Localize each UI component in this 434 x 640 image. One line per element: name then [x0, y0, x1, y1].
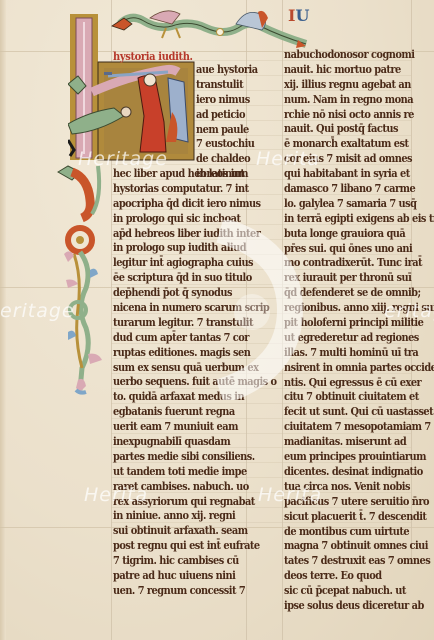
- text-line: dicentes. desinat indignatio: [284, 464, 434, 479]
- text-line: uen. 7 regnum concessit 7: [113, 583, 277, 598]
- text-line: 7 eustochiu: [196, 136, 258, 151]
- historiated-initial-h-icon: [68, 12, 196, 162]
- text-line: apocripha q̄d dicit iero nimus: [113, 196, 277, 211]
- text-line: sui obtinuit arfaxath. seam: [113, 523, 277, 538]
- text-line: ipse solus deus diceretur ab: [284, 598, 434, 613]
- text-line: de montibus cum uirtute: [284, 524, 434, 539]
- text-line: madianitas. miserunt ad: [284, 434, 434, 449]
- rubric-title: hystoria iudith.: [113, 50, 193, 63]
- text-line: damasco 7 libano 7 carme: [284, 181, 434, 196]
- watermark-text: Heritage: [78, 148, 168, 170]
- watermark-text: Herita: [258, 484, 322, 506]
- text-line: tates 7 destruxit eas 7 omnes: [284, 553, 434, 568]
- text-line: lo. galylea 7 samaria 7 usq̄: [284, 196, 434, 211]
- text-line: xij. illius regnu agebat an: [284, 77, 434, 92]
- text-line: transtulit: [196, 77, 258, 92]
- text-line: in niniue. anno xij. regni: [113, 508, 277, 523]
- text-line: aue hystoria: [196, 62, 258, 77]
- text-line: uerit eam 7 muniuit eam: [113, 419, 277, 434]
- text-line: patre ad huc uiuens nini: [113, 568, 277, 583]
- watermark-text: eritage: [384, 300, 434, 322]
- text-line: hystorias computatur. 7 int: [113, 181, 277, 196]
- text-line: nauit. hic mortuo patre: [284, 62, 434, 77]
- text-line: magna 7 obtinuit omnes ciui: [284, 538, 434, 553]
- manuscript-page: IU hystoria iudith.: [0, 0, 434, 640]
- text-line: sicut placuerit t̄. 7 descendit: [284, 509, 434, 524]
- text-line: inexpugnabilī quasdam: [113, 434, 277, 449]
- text-line: egbatanis fuerunt regna: [113, 404, 277, 419]
- watermark-text: Herita: [256, 148, 320, 170]
- watermark-logo-icon: [200, 220, 310, 400]
- text-line: nem paule: [196, 122, 258, 137]
- text-line: 7 tigrim. hic cambises cū: [113, 553, 277, 568]
- text-line: ut tandem toti medie impe: [113, 464, 277, 479]
- interlace-border-icon: [52, 158, 112, 398]
- text-line: sic cū p̄cepat nabuch. ut: [284, 583, 434, 598]
- text-line: num. Nam in regno mona: [284, 92, 434, 107]
- text-line: ciuitatem 7 mesopotamiam 7: [284, 419, 434, 434]
- watermark-text: eritage: [0, 300, 75, 322]
- text-line: fecit ut sunt. Qui cū uastasset: [284, 404, 434, 419]
- text-line: deos terre. Eo quod: [284, 568, 434, 583]
- text-line: post regnu qui est int̄ eufrate: [113, 538, 277, 553]
- text-line: iero nimus: [196, 92, 258, 107]
- text-line: nabuchodonosor cognomi: [284, 47, 434, 62]
- text-line: nauit. Qui postq̄ factus: [284, 121, 434, 136]
- watermark-text: Herita: [84, 484, 148, 506]
- text-line: rchie nō nisi octo annis re: [284, 107, 434, 122]
- text-line: eum principes prouintiarum: [284, 449, 434, 464]
- text-line: ad peticio: [196, 107, 258, 122]
- text-line: de chaldeo: [196, 151, 258, 166]
- text-line: partes medie sibi consiliens.: [113, 449, 277, 464]
